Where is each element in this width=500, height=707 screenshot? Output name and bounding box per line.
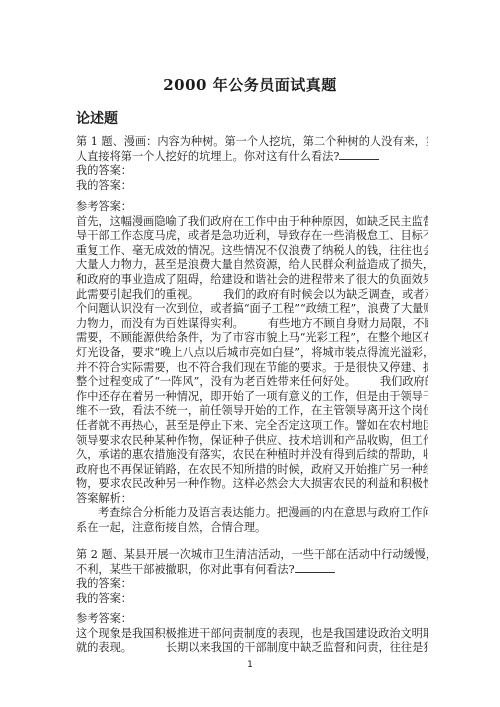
answer-line: 领导要求农民种某种作物，保证种子供应、技术培训和产品收购，但工作不持 [76, 434, 428, 449]
analysis-label: 答案解析： [76, 492, 428, 507]
answer-line: 需要，不顾能源供给条件，为了市容市貌上马“光彩工程”，在整个地区布置 [76, 331, 428, 346]
answer-line: 整个过程变成了“一阵风”，没有为老百姓带来任何好处。我们政府的工 [76, 375, 428, 390]
question-text: 第 2 题、某县开展一次城市卫生清洁活动，一些干部在活动中行动缓慢，措施 [76, 548, 428, 563]
my-answer-label: 我的答案： [76, 179, 428, 194]
section-heading: 论述题 [76, 108, 118, 128]
question-text-cont: 不利，某些干部被撤职，你对此事有何看法? [76, 563, 428, 578]
page-number: 1 [0, 660, 500, 670]
reference-answer-1: 参考答案： 首先，这幅漫画隐喻了我们政府在工作中由于种种原因，如缺乏民主监督，领… [76, 200, 428, 536]
answer-line: 作中还存在着另一种情况，即开始了一项有意义的工作，但是由于领导干部思 [76, 390, 428, 405]
question-text: 第 1 题、漫画：内容为种树。第一个人挖坑，第二个种树的人没有来，第三个 [76, 135, 428, 150]
answer-line: 首先，这幅漫画隐喻了我们政府在工作中由于种种原因，如缺乏民主监督，领 [76, 215, 428, 230]
reference-answer-label: 参考答案： [76, 200, 428, 215]
answer-line: 导干部工作态度马虎，或者是急功近利，导致存在一些消极怠工、目标不明、 [76, 229, 428, 244]
document-title: 2000 年公务员面试真题 [0, 74, 500, 95]
my-answer-label: 我的答案： [76, 577, 428, 592]
answer-line: 这个现象是我国积极推进干部问责制度的表现，也是我国建设政治文明取得成 [76, 627, 428, 642]
answer-blank [295, 563, 335, 573]
reference-answer-label: 参考答案： [76, 612, 428, 627]
analysis-line: 考查综合分析能力及语言表达能力。把漫画的内在意思与政府工作问题联 [76, 506, 428, 521]
answer-line: 任者就不再热心，甚至是停止下来、完全否定这项工作。譬如在农村地区一任 [76, 419, 428, 434]
question-2: 第 2 题、某县开展一次城市卫生清洁活动，一些干部在活动中行动缓慢，措施 不利，… [76, 548, 428, 606]
my-answer-label: 我的答案： [76, 164, 428, 179]
answer-line: 并不符合实际需要，也不符合我们现在节能的要求。于是很快又停建、拆除， [76, 361, 428, 376]
reference-answer-2: 参考答案： 这个现象是我国积极推进干部问责制度的表现，也是我国建设政治文明取得成… [76, 612, 428, 656]
answer-line: 就的表现。长期以来我国的干部制度中缺乏监督和问责，往往是犯了错误 [76, 641, 428, 656]
answer-line: 物，要求农民改种另一种作物。这样必然会大大损害农民的利益和积极性。 [76, 477, 428, 492]
answer-line: 政府也不再保证销路，在农民不知所措的时候，政府又开始推广另一种经济作 [76, 463, 428, 478]
answer-blank [339, 150, 379, 160]
analysis-line: 系在一起，注意衔接自然，合情合理。 [76, 521, 428, 536]
answer-line: 个问题认识没有一次到位，或者搞“面子工程”“政绩工程”，浪费了大量财 [76, 302, 428, 317]
answer-line: 大量人力物力，甚至是浪费大量自然资源，给人民群众利益造成了损失，给党 [76, 258, 428, 273]
answer-line: 和政府的事业造成了阻碍，给建设和谐社会的进程带来了很大的负面效果，因 [76, 273, 428, 288]
answer-line: 力物力，而没有为百姓谋得实利。有些地方不顾自身财力局限，不顾实际 [76, 317, 428, 332]
question-text-cont: 人直接将第一个人挖好的坑埋上。你对这有什么看法? [76, 150, 428, 165]
answer-line: 维不一致，看法不统一，前任领导开始的工作，在主管领导离开这个岗位后继 [76, 404, 428, 419]
answer-line: 久，承诺的惠农措施没有落实，农民在种植时并没有得到后续的帮助，收获后 [76, 448, 428, 463]
my-answer-label: 我的答案： [76, 592, 428, 607]
answer-line: 此需要引起我们的重视。我们的政府有时候会以为缺乏调查，或者对同一 [76, 288, 428, 303]
answer-line: 重复工作、毫无成效的情况。这些情况不仅浪费了纳税人的钱，往往也会浪费 [76, 244, 428, 259]
question-1: 第 1 题、漫画：内容为种树。第一个人挖坑，第二个种树的人没有来，第三个 人直接… [76, 135, 428, 193]
answer-line: 灯光设备，要求“晚上八点以后城市亮如白昼”，将城市装点得流光溢彩，但 [76, 346, 428, 361]
